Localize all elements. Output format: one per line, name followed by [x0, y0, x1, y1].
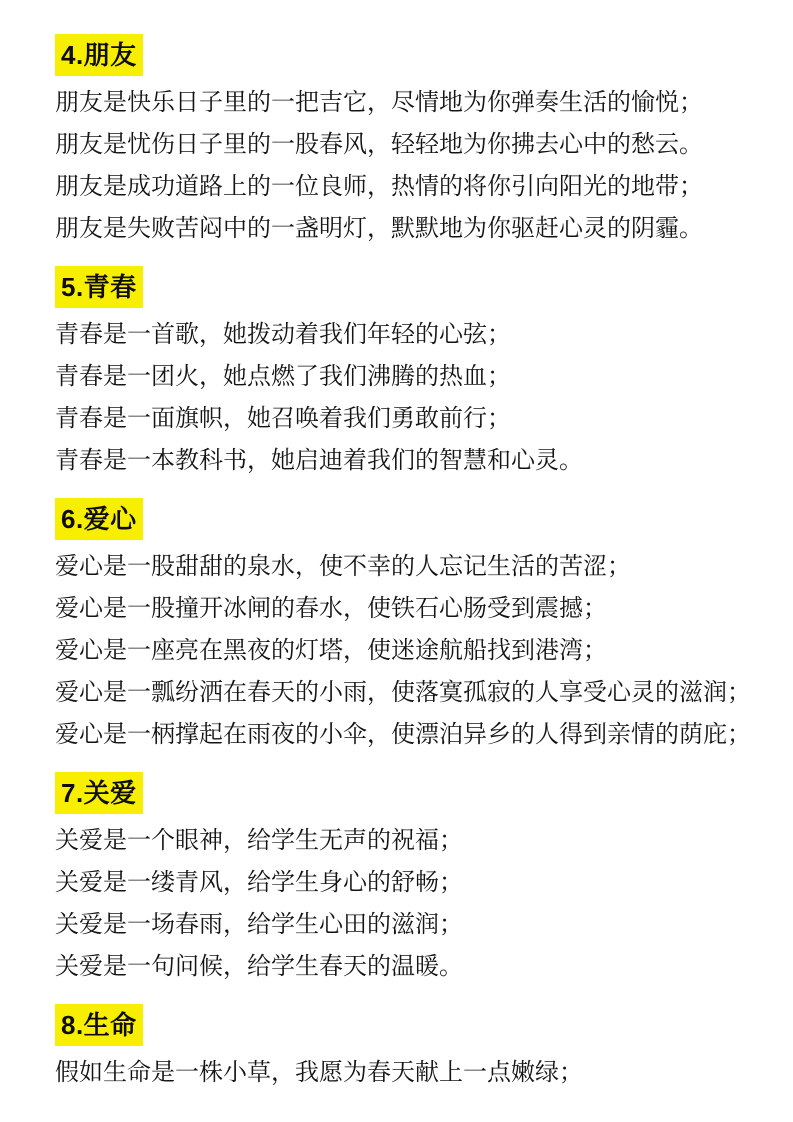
sentence-line: 关爱是一句问候，给学生春天的温暖。 [55, 946, 753, 988]
sentence-line: 关爱是一缕青风，给学生身心的舒畅； [55, 862, 753, 904]
section-heading: 8.生命 [55, 1004, 143, 1046]
section-body: 爱心是一股甜甜的泉水，使不幸的人忘记生活的苦涩； 爱心是一股撞开冰闸的春水，使铁… [55, 546, 753, 756]
sentence-line: 朋友是忧伤日子里的一股春风，轻轻地为你拂去心中的愁云。 [55, 124, 753, 166]
document-page: 4.朋友 朋友是快乐日子里的一把吉它，尽情地为你弹奏生活的愉悦； 朋友是忧伤日子… [0, 0, 793, 1122]
sentence-line: 青春是一团火，她点燃了我们沸腾的热血； [55, 356, 753, 398]
section-body: 假如生命是一株小草，我愿为春天献上一点嫩绿； [55, 1052, 753, 1094]
sentence-line: 朋友是失败苦闷中的一盏明灯，默默地为你驱赶心灵的阴霾。 [55, 208, 753, 250]
sentence-line: 假如生命是一株小草，我愿为春天献上一点嫩绿； [55, 1052, 753, 1094]
section-love: 6.爱心 爱心是一股甜甜的泉水，使不幸的人忘记生活的苦涩； 爱心是一股撞开冰闸的… [55, 482, 753, 756]
section-heading: 6.爱心 [55, 498, 143, 540]
sentence-line: 关爱是一个眼神，给学生无声的祝福； [55, 820, 753, 862]
section-heading: 4.朋友 [55, 34, 143, 76]
section-heading: 7.关爱 [55, 772, 143, 814]
section-body: 青春是一首歌，她拨动着我们年轻的心弦； 青春是一团火，她点燃了我们沸腾的热血； … [55, 314, 753, 482]
sentence-line: 爱心是一瓢纷洒在春天的小雨，使落寞孤寂的人享受心灵的滋润； [55, 672, 753, 714]
section-heading: 5.青春 [55, 266, 143, 308]
section-care: 7.关爱 关爱是一个眼神，给学生无声的祝福； 关爱是一缕青风，给学生身心的舒畅；… [55, 756, 753, 988]
sentence-line: 爱心是一座亮在黑夜的灯塔，使迷途航船找到港湾； [55, 630, 753, 672]
sentence-line: 青春是一面旗帜，她召唤着我们勇敢前行； [55, 398, 753, 440]
section-body: 朋友是快乐日子里的一把吉它，尽情地为你弹奏生活的愉悦； 朋友是忧伤日子里的一股春… [55, 82, 753, 250]
sentence-line: 青春是一首歌，她拨动着我们年轻的心弦； [55, 314, 753, 356]
section-friends: 4.朋友 朋友是快乐日子里的一把吉它，尽情地为你弹奏生活的愉悦； 朋友是忧伤日子… [55, 34, 753, 250]
section-youth: 5.青春 青春是一首歌，她拨动着我们年轻的心弦； 青春是一团火，她点燃了我们沸腾… [55, 250, 753, 482]
sentence-line: 爱心是一柄撑起在雨夜的小伞，使漂泊异乡的人得到亲情的荫庇； [55, 714, 753, 756]
sentence-line: 朋友是快乐日子里的一把吉它，尽情地为你弹奏生活的愉悦； [55, 82, 753, 124]
section-body: 关爱是一个眼神，给学生无声的祝福； 关爱是一缕青风，给学生身心的舒畅； 关爱是一… [55, 820, 753, 988]
section-life: 8.生命 假如生命是一株小草，我愿为春天献上一点嫩绿； [55, 988, 753, 1094]
sentence-line: 爱心是一股甜甜的泉水，使不幸的人忘记生活的苦涩； [55, 546, 753, 588]
sentence-line: 关爱是一场春雨，给学生心田的滋润； [55, 904, 753, 946]
sentence-line: 朋友是成功道路上的一位良师，热情的将你引向阳光的地带； [55, 166, 753, 208]
sentence-line: 爱心是一股撞开冰闸的春水，使铁石心肠受到震撼； [55, 588, 753, 630]
sentence-line: 青春是一本教科书，她启迪着我们的智慧和心灵。 [55, 440, 753, 482]
